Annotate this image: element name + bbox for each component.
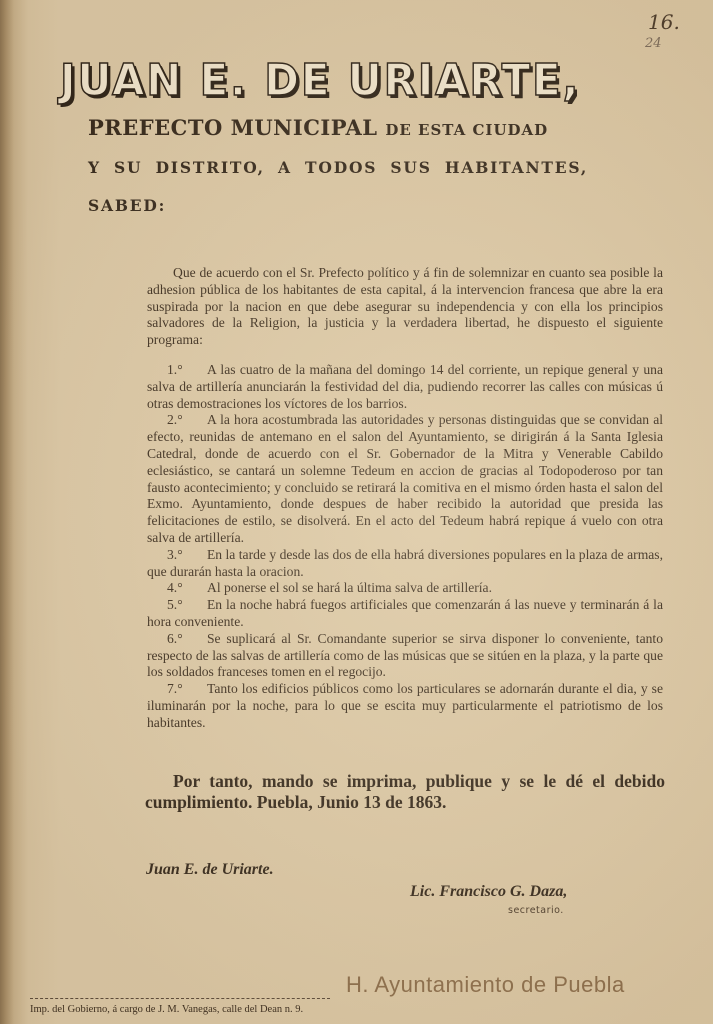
item-text: En la tarde y desde las dos de ella habr…: [147, 547, 663, 579]
item-number: 3.°: [167, 547, 207, 564]
subtitle-line-1: PREFECTO MUNICIPAL DE ESTA CIUDAD: [88, 115, 548, 140]
secretary-signature: Lic. Francisco G. Daza,: [410, 883, 567, 901]
footer-divider: [30, 998, 330, 999]
item-number: 5.°: [167, 597, 207, 614]
program-item: 1.°A las cuatro de la mañana del domingo…: [147, 362, 663, 412]
subtitle-office: PREFECTO MUNICIPAL: [88, 115, 378, 140]
printer-imprint: Imp. del Gobierno, á cargo de J. M. Vane…: [30, 1004, 303, 1015]
program-item: 6.°Se suplicará al Sr. Comandante superi…: [147, 631, 663, 681]
program-item: 7.°Tanto los edificios públicos como los…: [147, 681, 663, 731]
item-number: 1.°: [167, 362, 207, 379]
intro-paragraph: Que de acuerdo con el Sr. Prefecto polít…: [147, 265, 663, 349]
program-list: 1.°A las cuatro de la mañana del domingo…: [147, 362, 663, 732]
program-item: 2.°A la hora acostumbrada las autoridade…: [147, 412, 663, 546]
item-number: 7.°: [167, 681, 207, 698]
archive-watermark: H. Ayuntamiento de Puebla: [346, 972, 625, 998]
item-number: 2.°: [167, 412, 207, 429]
subtitle-city: DE ESTA CIUDAD: [385, 121, 548, 139]
folio-number: 16.: [648, 10, 680, 34]
item-text: Tanto los edificios públicos como los pa…: [147, 681, 663, 730]
secretary-role: secretario.: [508, 905, 564, 916]
program-item: 5.°En la noche habrá fuegos artificiales…: [147, 597, 663, 631]
item-number: 4.°: [167, 580, 207, 597]
item-text: Al ponerse el sol se hará la última salv…: [207, 580, 492, 595]
item-text: Se suplicará al Sr. Comandante superior …: [147, 631, 663, 680]
item-number: 6.°: [167, 631, 207, 648]
closing-statement: Por tanto, mando se imprima, publique y …: [145, 771, 665, 813]
program-item: 3.°En la tarde y desde las dos de ella h…: [147, 547, 663, 581]
item-text: En la noche habrá fuegos artificiales qu…: [147, 597, 663, 629]
prefect-signature: Juan E. de Uriarte.: [146, 861, 274, 879]
subtitle-sabed: SABED:: [88, 196, 166, 215]
item-text: A la hora acostumbrada las autoridades y…: [147, 412, 663, 545]
folio-secondary-number: 24: [645, 36, 662, 51]
item-text: A las cuatro de la mañana del domingo 14…: [147, 362, 663, 411]
document-page: 16. 24 JUAN E. DE URIARTE, PREFECTO MUNI…: [0, 0, 713, 1024]
program-item: 4.°Al ponerse el sol se hará la última s…: [147, 580, 663, 597]
decree-title: JUAN E. DE URIARTE,: [60, 55, 649, 106]
subtitle-line-2: Y SU DISTRITO, A TODOS SUS HABITANTES,: [88, 158, 588, 177]
